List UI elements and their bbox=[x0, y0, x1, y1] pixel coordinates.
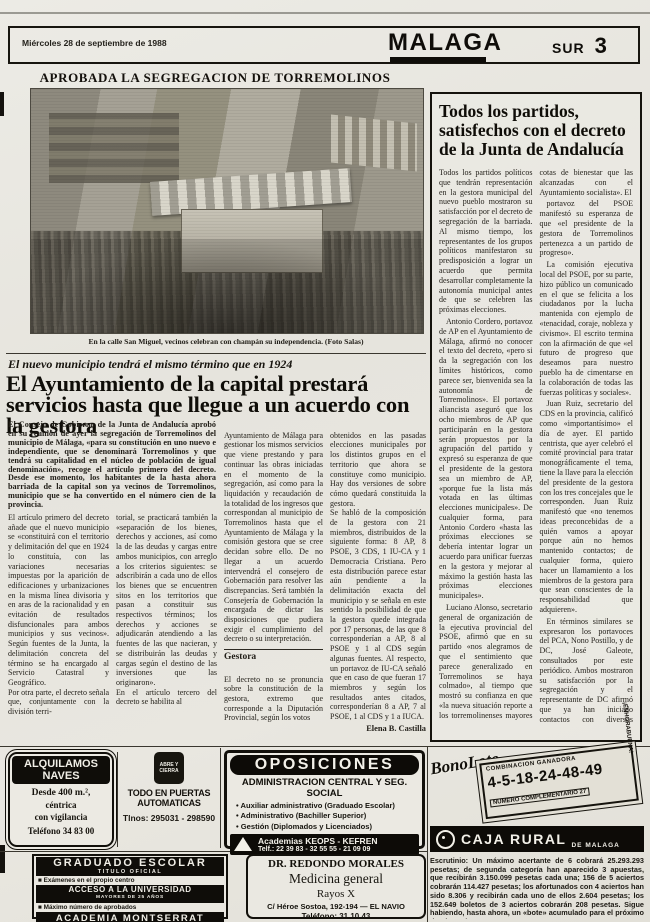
side-article-paragraph: portavoz del PSOE manifestó su esperanza… bbox=[540, 199, 634, 258]
newspaper-page: Miércoles 28 de septiembre de 1988 MALAG… bbox=[0, 0, 650, 922]
article-column-1: El artículo primero del decreto añade qu… bbox=[8, 513, 109, 744]
issue-date: Miércoles 28 de septiembre de 1988 bbox=[22, 38, 167, 48]
oposiciones-item: • Auxiliar administrativo (Graduado Esco… bbox=[230, 801, 419, 810]
doctor-xray: Rayos X bbox=[248, 888, 424, 900]
edition-page: SUR3 bbox=[552, 33, 607, 59]
ad-graduado-escolar: GRADUADO ESCOLAR TITULO OFICIAL ■ Exámen… bbox=[32, 854, 228, 919]
scan-artifact bbox=[0, 92, 4, 116]
oposiciones-phones: Telf.: 22 39 83 - 32 55 55 - 21 09 09 bbox=[258, 846, 378, 853]
ads-divider-top bbox=[0, 746, 650, 747]
naves-phone: Teléfono 34 83 00 bbox=[12, 826, 110, 836]
article-column-4-text: obtenidos en las pasadas elecciones muni… bbox=[330, 431, 426, 721]
side-article-box: Todos los partidos, satisfechos con el d… bbox=[430, 92, 642, 742]
naves-ad-title: ALQUILAMOS NAVES bbox=[12, 756, 110, 784]
naves-location: céntrica bbox=[12, 800, 110, 810]
graduado-bullet: ■ Máximo número de aprobados bbox=[38, 904, 224, 911]
side-article-paragraph: La comisión ejecutiva local del PSOE, po… bbox=[540, 260, 634, 397]
puertas-title: TODO EN PUERTAS AUTOMATICAS bbox=[122, 789, 216, 808]
naves-size: Desde 400 m.², bbox=[12, 788, 110, 798]
puertas-phone: Tlnos: 295031 - 298590 bbox=[122, 813, 216, 823]
graduado-bullet: ■ Exámenes en el propio centro bbox=[38, 877, 224, 884]
side-article-paragraph: Todos los partidos políticos que tendrán… bbox=[439, 168, 533, 315]
oposiciones-item: • Gestión (Diplomados y Licenciados) bbox=[230, 822, 419, 831]
oposiciones-academy-block: Academias KEOPS - KEFREN Telf.: 22 39 83… bbox=[258, 836, 378, 853]
article-column-4: obtenidos en las pasadas elecciones muni… bbox=[330, 421, 426, 745]
photo-grain bbox=[31, 89, 423, 333]
graduado-banner1-sub: MAYORES DE 25 AÑOS bbox=[36, 894, 224, 902]
ad-oposiciones: OPOSICIONES ADMINISTRACION CENTRAL Y SEG… bbox=[224, 750, 425, 849]
caja-rural-sub: DE MALAGA bbox=[571, 842, 619, 852]
article-intro: El Consejo de Gobierno de la Junta de An… bbox=[8, 421, 216, 509]
naves-ad-body: Desde 400 m.², céntrica con vigilancia T… bbox=[12, 788, 110, 836]
bonoloto-scrutiny-text: Escrutinio: Un máximo acertante de 6 cob… bbox=[430, 857, 644, 919]
doctor-phone: Teléfono: 31 10 43 bbox=[248, 912, 424, 921]
oposiciones-academy-bar: Academias KEOPS - KEFREN Telf.: 22 39 83… bbox=[230, 834, 419, 855]
scan-artifact bbox=[0, 845, 5, 873]
pyramid-icon bbox=[234, 837, 252, 851]
side-article-paragraph: Juan Ruiz, secretario del CDS en la prov… bbox=[540, 399, 634, 615]
bonoloto-complementary: NUMERO COMPLEMENTARIO 27 bbox=[490, 787, 590, 807]
graduado-banner1: ACCESO A LA UNIVERSIDAD bbox=[36, 886, 224, 894]
graduado-header: GRADUADO ESCOLAR TITULO OFICIAL bbox=[36, 857, 224, 876]
section-underline bbox=[390, 57, 486, 63]
graduado-title: GRADUADO ESCOLAR bbox=[36, 858, 224, 869]
oposiciones-title: OPOSICIONES bbox=[230, 755, 419, 775]
kicker-headline: APROBADA LA SEGREGACION DE TORREMOLINOS bbox=[8, 70, 422, 86]
ads-divider-v2 bbox=[220, 748, 221, 848]
graduado-university-banner: ACCESO A LA UNIVERSIDAD MAYORES DE 25 AÑ… bbox=[36, 885, 224, 903]
article-rule bbox=[6, 353, 426, 354]
article-subhead: El nuevo municipio tendrá el mismo térmi… bbox=[8, 357, 426, 372]
article-column-3-text: Ayuntamiento de Málaga para gestionar lo… bbox=[224, 431, 323, 644]
graduado-subtitle: TITULO OFICIAL bbox=[36, 869, 224, 875]
ad-bonoloto: BonoLoto COMBINACION GANADORA 4-5-18-24-… bbox=[430, 750, 644, 822]
ad-alquilamos-naves: ALQUILAMOS NAVES Desde 400 m.², céntrica… bbox=[8, 752, 114, 847]
scan-edge-line bbox=[0, 12, 650, 14]
doctor-name: DR. REDONDO MORALES bbox=[248, 858, 424, 870]
edition-name: SUR bbox=[552, 40, 585, 56]
doctor-specialty: Medicina general bbox=[248, 871, 424, 887]
puertas-logo-icon: ABRE Y CIERRA bbox=[154, 752, 184, 784]
side-article-paragraph: Antonio Cordero, portavoz de AP en el Ay… bbox=[439, 317, 533, 601]
bonoloto-ticket: COMBINACION GANADORA 4-5-18-24-48-49 NUM… bbox=[479, 745, 639, 819]
article-crosshead: Gestora bbox=[224, 649, 323, 663]
article-column-3b-text: El decreto no se pronuncia sobre la cons… bbox=[224, 675, 323, 723]
side-article-body: Todos los partidos políticos que tendrán… bbox=[439, 168, 633, 728]
ads-divider-v1 bbox=[117, 752, 118, 847]
article-column-2: torial, se practicará también la «separa… bbox=[116, 513, 217, 744]
article-byline: Elena B. Castilla bbox=[330, 724, 426, 734]
section-title: MALAGA bbox=[388, 29, 502, 57]
oposiciones-academy: Academias KEOPS - KEFREN bbox=[258, 836, 378, 846]
caja-rural-banner: CAJA RURAL DE MALAGA bbox=[430, 826, 644, 852]
caja-rural-logo-icon bbox=[436, 830, 455, 849]
caja-rural-name: CAJA RURAL bbox=[461, 831, 566, 847]
graduado-academy: ACADEMIA MONTSERRAT bbox=[36, 912, 224, 922]
photo-caption: En la calle San Miguel, vecinos celebran… bbox=[30, 337, 422, 346]
oposiciones-item: • Administrativo (Bachiller Superior) bbox=[230, 811, 419, 820]
naves-security: con vigilancia bbox=[12, 812, 110, 822]
oposiciones-subtitle: ADMINISTRACION CENTRAL Y SEG. SOCIAL bbox=[230, 777, 419, 799]
article-column-3: Ayuntamiento de Málaga para gestionar lo… bbox=[224, 421, 323, 745]
doctor-address: C/ Héroe Sostoa, 192-194 — EL NAVIO bbox=[248, 902, 424, 911]
ad-dr-redondo: DR. REDONDO MORALES Medicina general Ray… bbox=[246, 854, 426, 919]
ads-divider-v3 bbox=[427, 746, 428, 922]
page-number: 3 bbox=[595, 33, 607, 58]
side-article-title: Todos los partidos, satisfechos con el d… bbox=[439, 102, 633, 159]
ad-puertas-automaticas: ABRE Y CIERRA TODO EN PUERTAS AUTOMATICA… bbox=[122, 752, 216, 847]
news-photo bbox=[30, 88, 424, 334]
